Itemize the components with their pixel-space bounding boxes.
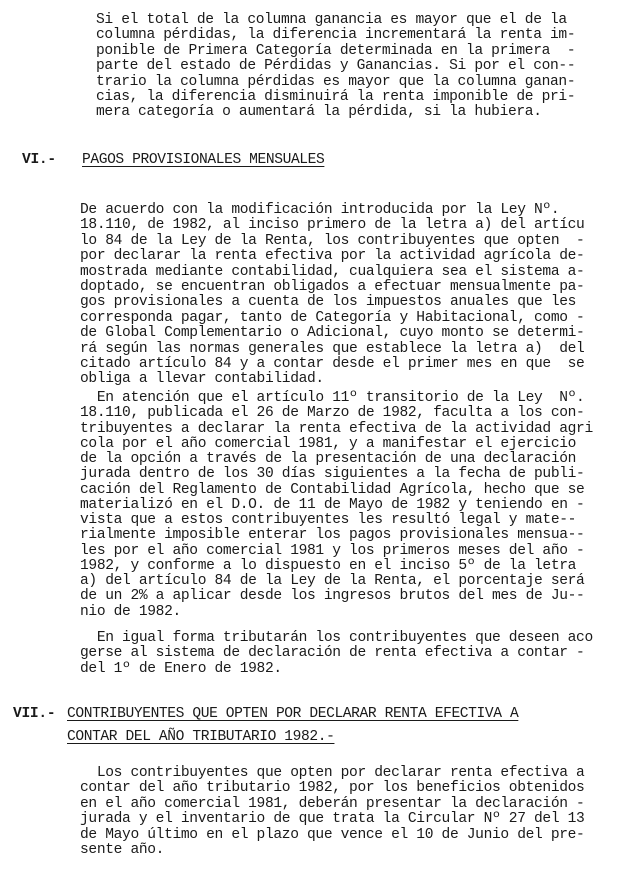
- section-vii-number: VII.-: [13, 706, 55, 722]
- text-line: rialmente imposible enterar los pagos pr…: [80, 528, 593, 543]
- text-line: nio de 1982.: [80, 605, 593, 620]
- text-line: ponible de Primera Categoría determinada…: [96, 44, 575, 59]
- text-line: cias, la diferencia disminuirá la renta …: [96, 90, 575, 105]
- section-vii-title-line-2: CONTAR DEL AÑO TRIBUTARIO 1982.-: [67, 729, 334, 745]
- section-vii-paragraph-1: Los contribuyentes que opten por declara…: [80, 766, 584, 858]
- text-line: sente año.: [80, 843, 584, 858]
- text-line: de la opción a través de la presentación…: [80, 452, 593, 467]
- text-line: cación del Reglamento de Contabilidad Ag…: [80, 483, 593, 498]
- section-vi-paragraph-3: En igual forma tributarán los contribuye…: [80, 631, 593, 677]
- text-line: obliga a llevar contabilidad.: [80, 372, 584, 387]
- text-line: lo 84 de la Ley de la Renta, los contrib…: [80, 234, 584, 249]
- text-line: De acuerdo con la modificación introduci…: [80, 203, 584, 218]
- text-line: a) del artículo 84 de la Ley de la Renta…: [80, 574, 593, 589]
- section-vi-paragraph-2: En atención que el artículo 11º transito…: [80, 391, 593, 620]
- text-line: contar del año tributario 1982, por los …: [80, 781, 584, 796]
- text-line: por declarar la renta efectiva por la ac…: [80, 249, 584, 264]
- intro-paragraph: Si el total de la columna ganancia es ma…: [96, 13, 575, 121]
- text-line: gerse al sistema de declaración de renta…: [80, 646, 593, 661]
- text-line: doptado, se encuentran obligados a efect…: [80, 280, 584, 295]
- section-vi-number: VI.-: [22, 152, 56, 168]
- text-line: de Mayo último en el plazo que vence el …: [80, 828, 584, 843]
- text-line: citado artículo 84 y a contar desde el p…: [80, 357, 584, 372]
- text-line: mera categoría o aumentará la pérdida, s…: [96, 105, 575, 120]
- text-line: vista que a estos contribuyentes les res…: [80, 513, 593, 528]
- text-line: columna pérdidas, la diferencia incremen…: [96, 28, 575, 43]
- text-line: 1982, y conforme a lo dispuesto en el in…: [80, 559, 593, 574]
- section-vi-title: PAGOS PROVISIONALES MENSUALES: [82, 152, 324, 168]
- text-line: En atención que el artículo 11º transito…: [80, 391, 593, 406]
- text-line: corresponda pagar, tanto de Categoría y …: [80, 311, 584, 326]
- text-line: les por el año comercial 1981 y los prim…: [80, 544, 593, 559]
- text-line: del 1º de Enero de 1982.: [80, 662, 593, 677]
- text-line: Si el total de la columna ganancia es ma…: [96, 13, 575, 28]
- text-line: de un 2% a aplicar desde los ingresos br…: [80, 589, 593, 604]
- text-line: trario la columna pérdidas es mayor que …: [96, 75, 575, 90]
- section-vii-title-line-1: CONTRIBUYENTES QUE OPTEN POR DECLARAR RE…: [67, 706, 518, 722]
- text-line: jurada dentro de los 30 días siguientes …: [80, 467, 593, 482]
- text-line: cola por el año comercial 1981, y a mani…: [80, 437, 593, 452]
- text-line: gos provisionales a cuenta de los impues…: [80, 295, 584, 310]
- text-line: tribuyentes a declarar la renta efectiva…: [80, 422, 593, 437]
- text-line: de Global Complementario o Adicional, cu…: [80, 326, 584, 341]
- text-line: en el año comercial 1981, deberán presen…: [80, 797, 584, 812]
- text-line: parte del estado de Pérdidas y Ganancias…: [96, 59, 575, 74]
- text-line: 18.110, publicada el 26 de Marzo de 1982…: [80, 406, 593, 421]
- text-line: 18.110, de 1982, al inciso primero de la…: [80, 218, 584, 233]
- text-line: mostrada mediante contabilidad, cualquie…: [80, 265, 584, 280]
- text-line: Los contribuyentes que opten por declara…: [80, 766, 584, 781]
- text-line: materializó en el D.O. de 11 de Mayo de …: [80, 498, 593, 513]
- document-page: Si el total de la columna ganancia es ma…: [0, 0, 630, 873]
- text-line: jurada y el inventario de que trata la C…: [80, 812, 584, 827]
- text-line: En igual forma tributarán los contribuye…: [80, 631, 593, 646]
- section-vi-paragraph-1: De acuerdo con la modificación introduci…: [80, 203, 584, 388]
- text-line: rá según las normas generales que establ…: [80, 342, 584, 357]
